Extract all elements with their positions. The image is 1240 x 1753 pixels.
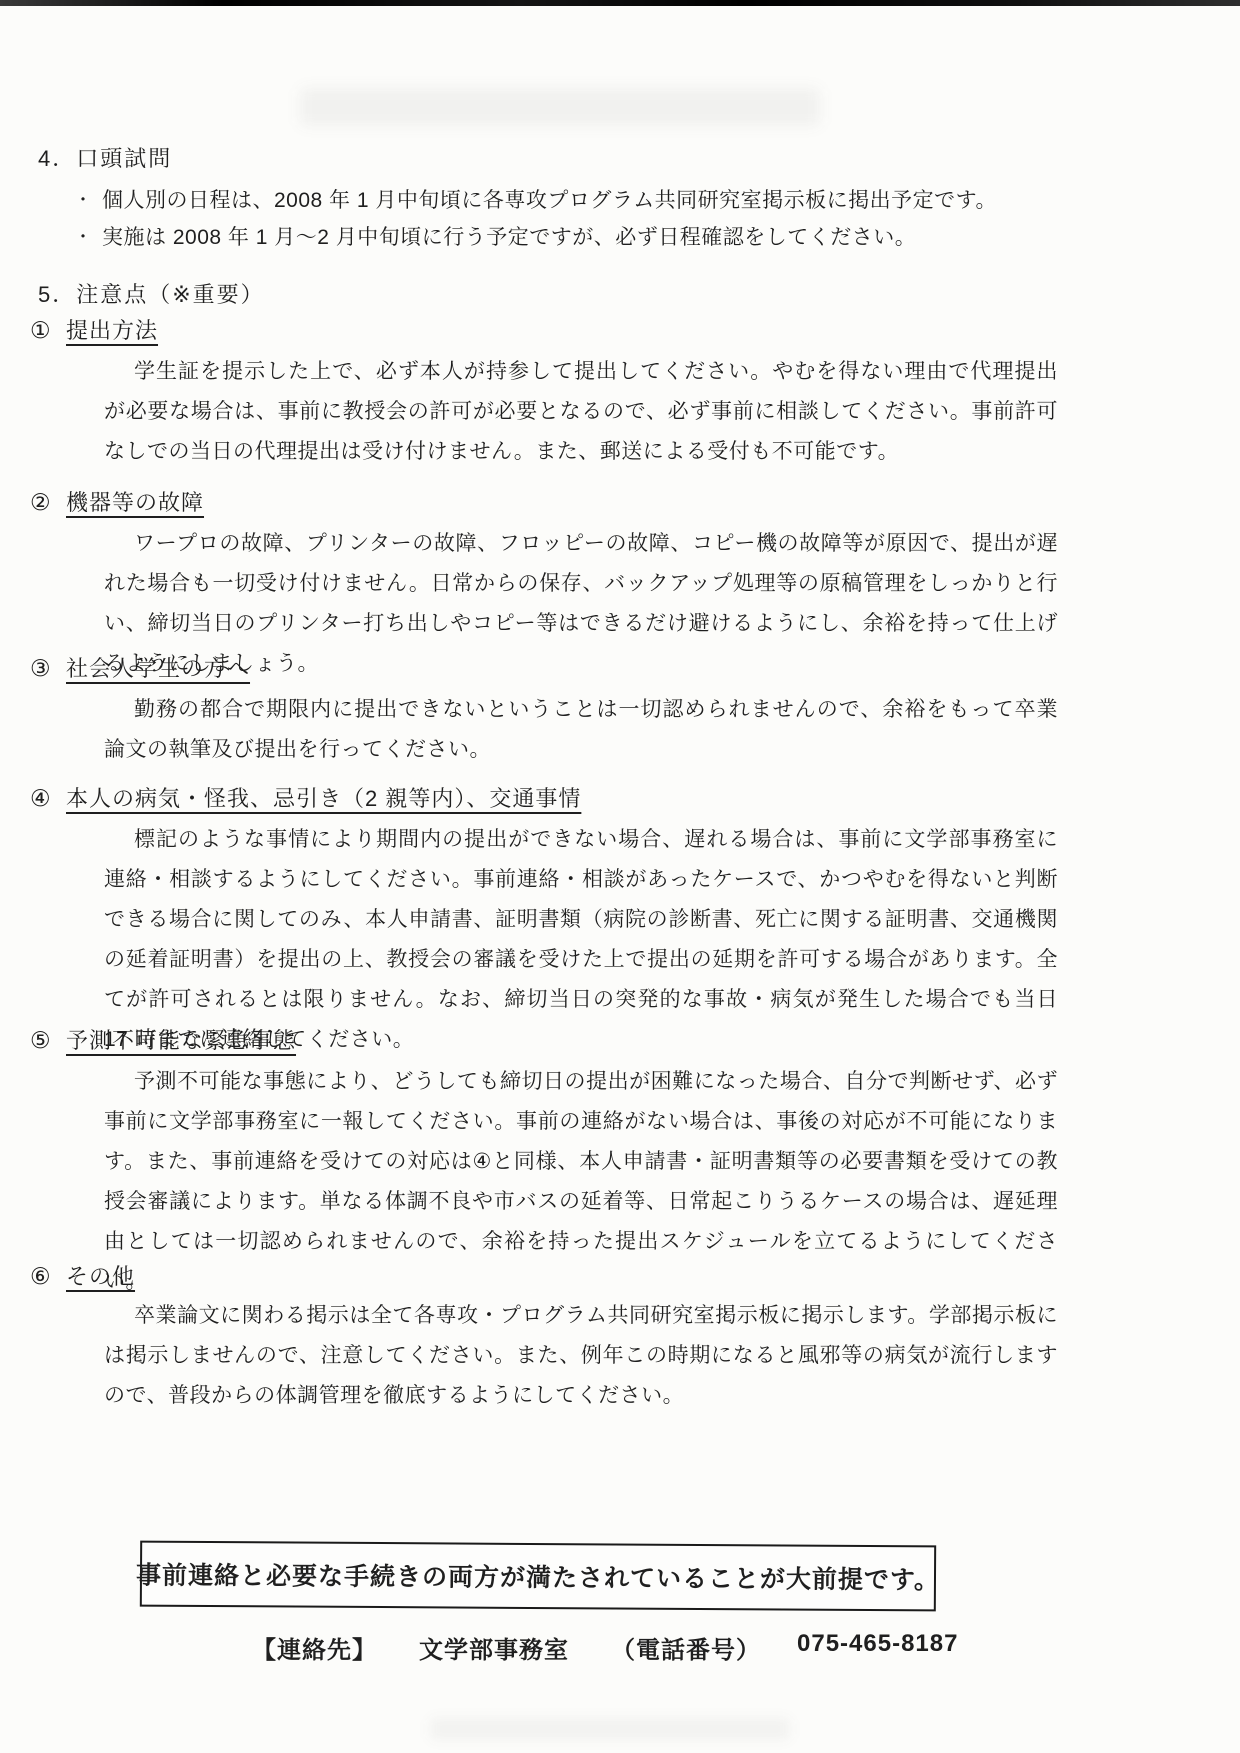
contact-phone-label: （電話番号） xyxy=(611,1630,761,1665)
bullet-marker: ・ xyxy=(74,184,102,212)
bleed-through-smudge xyxy=(430,1718,790,1740)
circled-number-4: ④ xyxy=(30,785,66,812)
item-heading-text: 社会人学生の方へ xyxy=(66,652,250,683)
section-5-heading: 5．注意点（※重要） xyxy=(38,278,265,309)
item-6-body: 卒業論文に関わる掲示は全て各専攻・プログラム共同研究室掲示板に掲示します。学部掲… xyxy=(104,1296,1058,1416)
item-5-heading: ⑤ 予測不可能な緊急事態 xyxy=(30,1024,296,1055)
item-1-heading: ① 提出方法 xyxy=(30,314,158,345)
circled-number-6: ⑥ xyxy=(30,1263,66,1290)
contact-line: 【連絡先】 文学部事務室 （電話番号） 075-465-8187 xyxy=(252,1630,958,1665)
spacer xyxy=(761,1630,797,1665)
item-1-body: 学生証を提示した上で、必ず本人が持参して提出してください。やむを得ない理由で代理… xyxy=(104,352,1058,472)
circled-number-5: ⑤ xyxy=(30,1027,66,1054)
contact-office: 文学部事務室 xyxy=(419,1630,569,1665)
bullet-marker: ・ xyxy=(74,221,102,249)
spacer xyxy=(377,1630,419,1665)
item-heading-text: 本人の病気・怪我、忌引き（2 親等内）、交通事情 xyxy=(66,782,581,813)
bullet-item: ・ 個人別の日程は、2008 年 1 月中旬頃に各専攻プログラム共同研究室掲示板… xyxy=(74,184,1054,214)
contact-label: 【連絡先】 xyxy=(252,1630,377,1665)
circled-number-3: ③ xyxy=(30,655,66,682)
circled-number-1: ① xyxy=(30,317,66,344)
item-heading-text: その他 xyxy=(66,1260,135,1291)
item-3-body: 勤務の都合で期限内に提出できないということは一切認められませんので、余裕をもって… xyxy=(104,690,1058,770)
section-4-heading: 4．口頭試問 xyxy=(38,142,172,173)
contact-phone-number: 075-465-8187 xyxy=(797,1630,958,1665)
item-5-body: 予測不可能な事態により、どうしても締切日の提出が困難になった場合、自分で判断せず… xyxy=(104,1062,1058,1302)
bullet-text: 個人別の日程は、2008 年 1 月中旬頃に各専攻プログラム共同研究室掲示板に掲… xyxy=(102,184,997,214)
bullet-text: 実施は 2008 年 1 月～2 月中旬頃に行う予定ですが、必ず日程確認をしてく… xyxy=(102,221,916,251)
item-heading-text: 提出方法 xyxy=(66,314,158,345)
spacer xyxy=(569,1630,611,1665)
scan-edge-artifact xyxy=(0,0,1240,6)
item-6-heading: ⑥ その他 xyxy=(30,1260,135,1291)
item-heading-text: 予測不可能な緊急事態 xyxy=(66,1024,296,1055)
bleed-through-smudge xyxy=(300,88,820,126)
scanned-document-page: 4．口頭試問 ・ 個人別の日程は、2008 年 1 月中旬頃に各専攻プログラム共… xyxy=(0,0,1240,1753)
item-2-heading: ② 機器等の故障 xyxy=(30,486,204,517)
circled-number-2: ② xyxy=(30,489,66,516)
item-4-heading: ④ 本人の病気・怪我、忌引き（2 親等内）、交通事情 xyxy=(30,782,581,813)
notice-box-text: 事前連絡と必要な手続きの両方が満たされていることが大前提です。 xyxy=(136,1556,940,1597)
notice-box: 事前連絡と必要な手続きの両方が満たされていることが大前提です。 xyxy=(140,1541,936,1612)
bullet-item: ・ 実施は 2008 年 1 月～2 月中旬頃に行う予定ですが、必ず日程確認をし… xyxy=(74,221,1054,251)
item-heading-text: 機器等の故障 xyxy=(66,486,204,517)
item-3-heading: ③ 社会人学生の方へ xyxy=(30,652,250,683)
